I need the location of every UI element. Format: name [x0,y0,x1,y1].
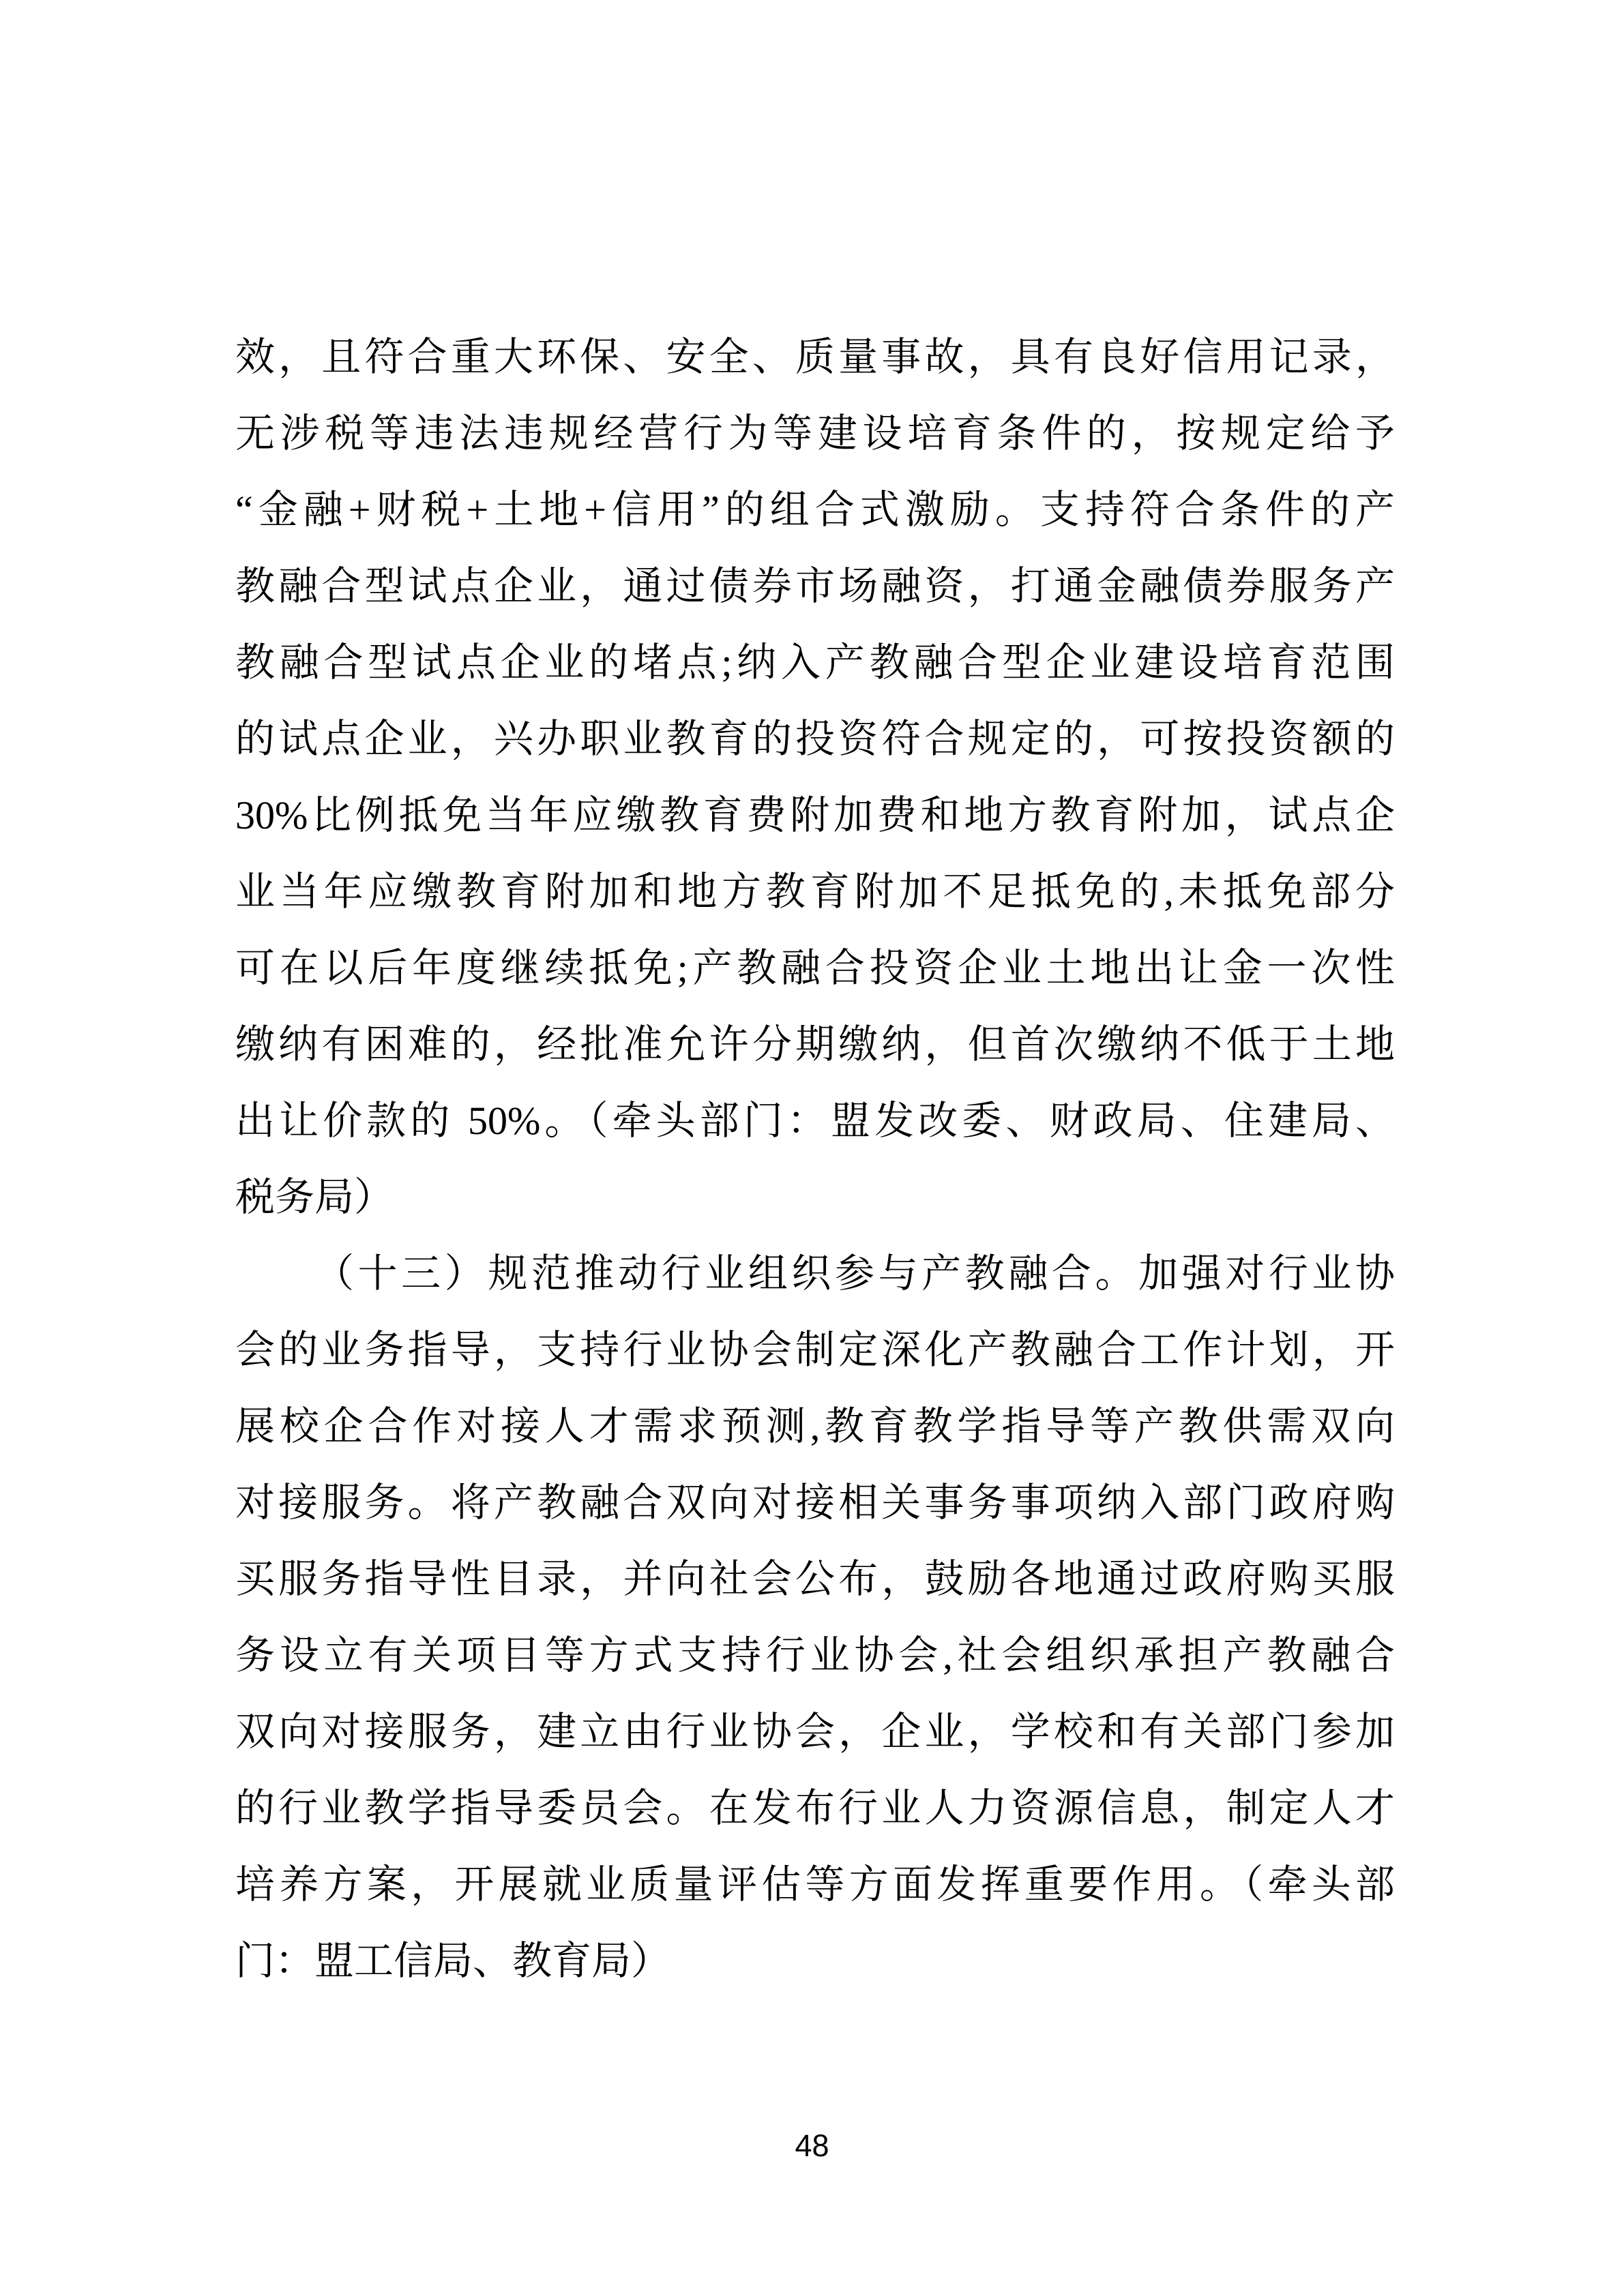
text-line: 30%比例抵免当年应缴教育费附加费和地方教育附加，试点企 [235,777,1395,854]
body-text: 效，且符合重大环保、安全、质量事故，具有良好信用记录， 无涉税等违法违规经营行为… [235,319,1395,1999]
text-line: “金融+财税+土地+信用”的组合式激励。支持符合条件的产 [235,472,1395,548]
document-page: 效，且符合重大环保、安全、质量事故，具有良好信用记录， 无涉税等违法违规经营行为… [0,0,1624,2296]
text-line: 培养方案，开展就业质量评估等方面发挥重要作用。（牵头部 [235,1847,1395,1923]
text-line: 买服务指导性目录，并向社会公布，鼓励各地通过政府购买服 [235,1541,1395,1617]
text-line: 税务局） [235,1159,1395,1236]
text-line: 业当年应缴教育附加和地方教育附加不足抵免的,未抵免部分 [235,854,1395,930]
text-line: 的行业教学指导委员会。在发布行业人力资源信息，制定人才 [235,1770,1395,1847]
text-line: （十三）规范推动行业组织参与产教融合。加强对行业协 [235,1236,1395,1312]
text-line: 门：盟工信局、教育局） [235,1923,1395,1999]
text-line: 会的业务指导，支持行业协会制定深化产教融合工作计划，开 [235,1312,1395,1388]
text-line: 对接服务。将产教融合双向对接相关事务事项纳入部门政府购 [235,1465,1395,1541]
text-line: 务设立有关项目等方式支持行业协会,社会组织承担产教融合 [235,1617,1395,1694]
text-line: 教融合型试点企业，通过债券市场融资，打通金融债券服务产 [235,548,1395,625]
text-line: 双向对接服务，建立由行业协会，企业，学校和有关部门参加 [235,1694,1395,1770]
paragraph-1: 效，且符合重大环保、安全、质量事故，具有良好信用记录， 无涉税等违法违规经营行为… [235,319,1395,1236]
page-number: 48 [0,2130,1624,2161]
text-line: 缴纳有困难的，经批准允许分期缴纳，但首次缴纳不低于土地 [235,1007,1395,1083]
text-line: 的试点企业，兴办职业教育的投资符合规定的，可按投资额的 [235,701,1395,777]
text-line: 可在以后年度继续抵免;产教融合投资企业土地出让金一次性 [235,930,1395,1007]
paragraph-2: （十三）规范推动行业组织参与产教融合。加强对行业协 会的业务指导，支持行业协会制… [235,1236,1395,1999]
text-line: 出让价款的 50%。（牵头部门：盟发改委、财政局、住建局、 [235,1083,1395,1159]
text-line: 效，且符合重大环保、安全、质量事故，具有良好信用记录， [235,319,1395,396]
text-line: 展校企合作对接人才需求预测,教育教学指导等产教供需双向 [235,1388,1395,1465]
text-line: 无涉税等违法违规经营行为等建设培育条件的，按规定给予 [235,396,1395,472]
text-line: 教融合型试点企业的堵点;纳入产教融合型企业建设培育范围 [235,625,1395,701]
